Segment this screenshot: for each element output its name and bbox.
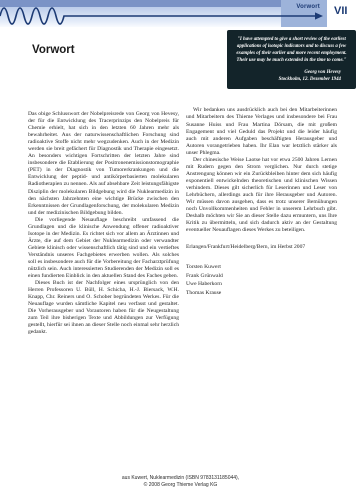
- body-paragraph: Das obige Schlusswort der Nobelpreisrede…: [28, 111, 179, 217]
- quote-attribution: Georg von Hevesy Stockholm, 12. Dezember…: [232, 70, 351, 84]
- left-paragraphs: Das obige Schlusswort der Nobelpreisrede…: [28, 111, 179, 337]
- book-page: Vorwort VII Vorwort Das obige Schlusswor…: [0, 0, 361, 500]
- page-footer: aus Kuwert, Nuklearmedizin (ISBN 9783131…: [0, 475, 361, 489]
- body-paragraph: Die vorliegende Neuauflage beschreibt um…: [28, 217, 179, 280]
- signature-list: Torsten KuwertFrank GrünwaldUwe Haberkor…: [186, 263, 337, 297]
- header-tab-label: Vorwort: [276, 4, 320, 10]
- body-paragraph: Wir bedanken uns ausdrücklich auch bei d…: [186, 107, 337, 156]
- body-paragraph: Dieses Buch ist der Nachfolger eines urs…: [28, 280, 179, 336]
- right-column: "I have attempted to give a short review…: [186, 27, 337, 337]
- page-header: Vorwort VII: [0, 0, 361, 27]
- quote-box: "I have attempted to give a short review…: [227, 30, 356, 89]
- quote-place-date: Stockholm, 12. Dezember 1944: [232, 77, 341, 84]
- footer-copyright-line: © 2008 Georg Thieme Verlag KG: [0, 482, 361, 489]
- signature-name: Frank Grünwald: [186, 272, 337, 281]
- right-paragraphs: Wir bedanken uns ausdrücklich auch bei d…: [186, 107, 337, 234]
- content-area: Vorwort Das obige Schlusswort der Nobelp…: [28, 27, 338, 337]
- quote-author: Georg von Hevesy: [232, 70, 341, 77]
- signature-name: Uwe Haberkorn: [186, 280, 337, 289]
- signature-name: Thomas Krause: [186, 289, 337, 298]
- footer-source-line: aus Kuwert, Nuklearmedizin (ISBN 9783131…: [0, 475, 361, 482]
- left-column: Vorwort Das obige Schlusswort der Nobelp…: [28, 27, 179, 337]
- signature-name: Torsten Kuwert: [186, 263, 337, 272]
- dateline: Erlangen/Frankfurt/Heidelberg/Bern, im H…: [186, 244, 337, 250]
- body-paragraph: Der chinesische Weise Laotse hat vor etw…: [186, 157, 337, 235]
- page-title: Vorwort: [32, 44, 179, 56]
- page-number: VII: [334, 5, 347, 17]
- quote-text: "I have attempted to give a short review…: [232, 37, 351, 65]
